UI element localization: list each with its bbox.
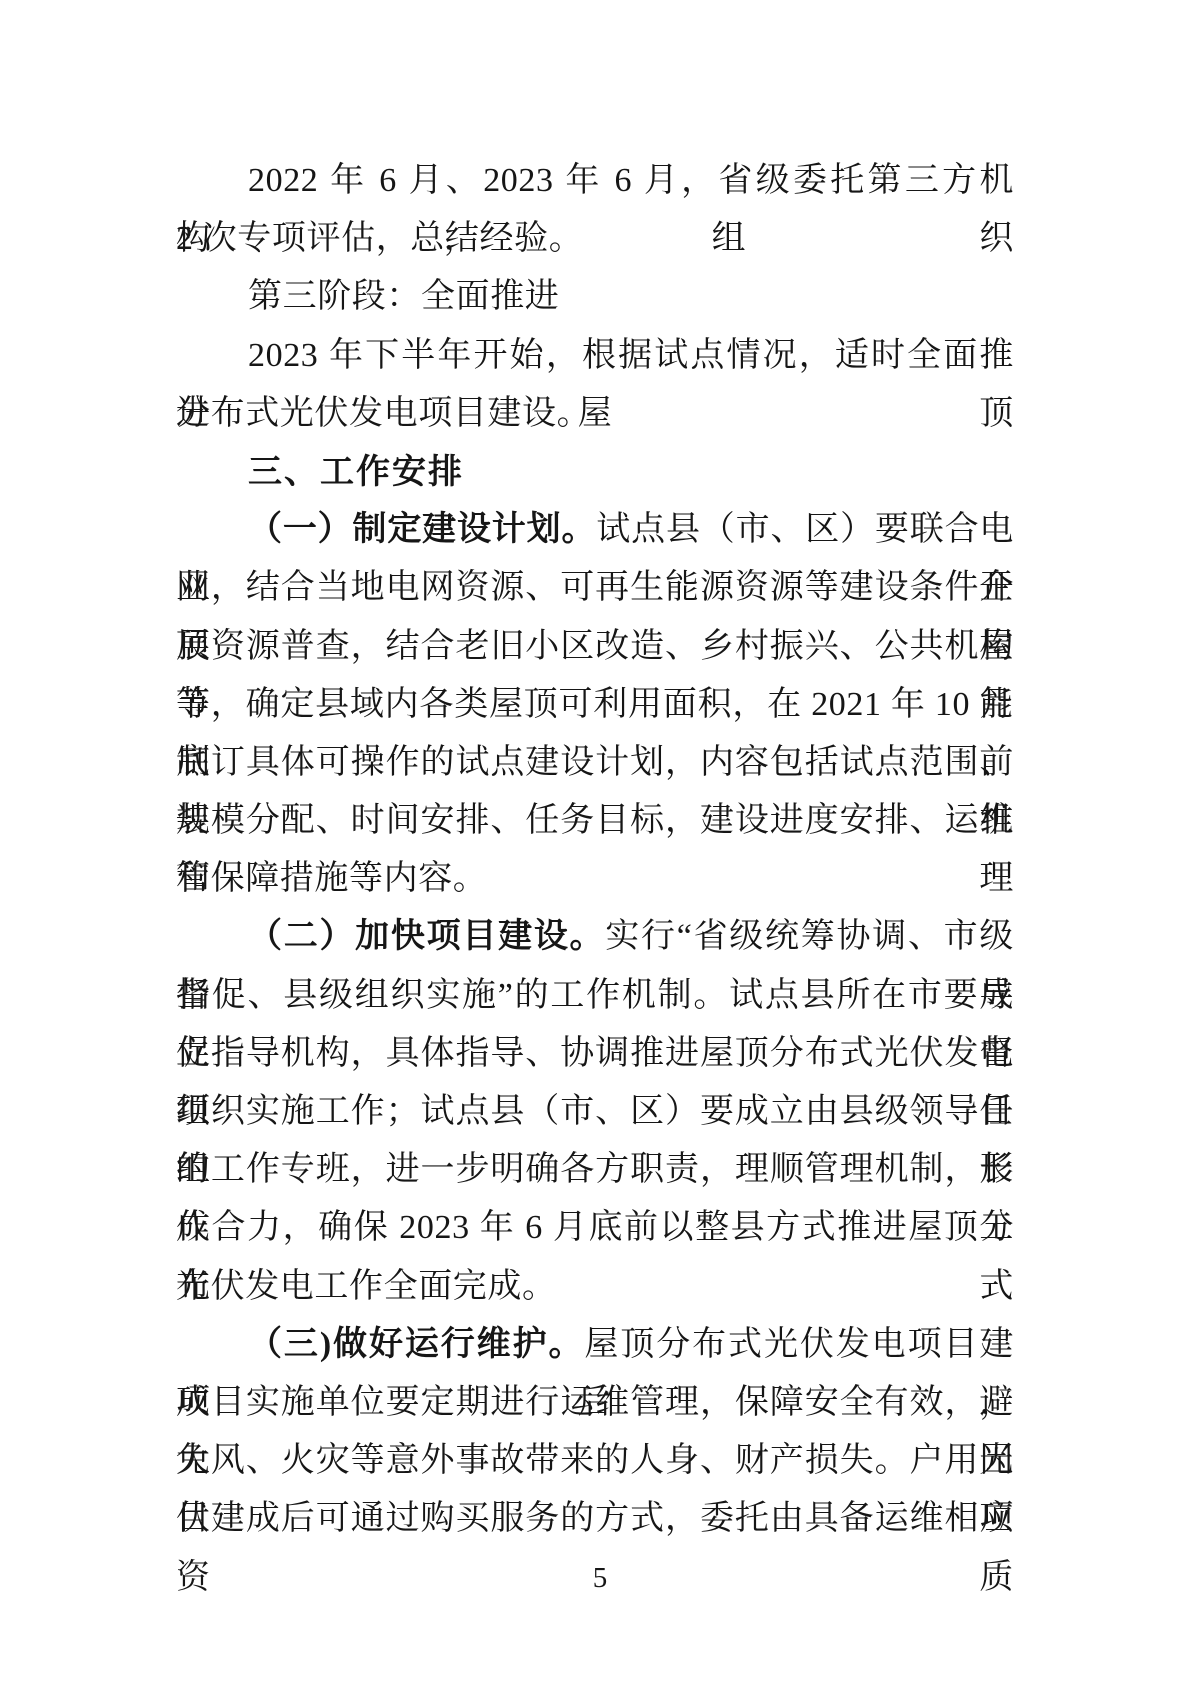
- text-line: 2022 年 6 月、2023 年 6 月，省级委托第三方机构，组织: [176, 152, 1014, 210]
- section-heading: 三、工作安排: [176, 443, 1014, 501]
- text-segment: 第三阶段：全面推进: [248, 278, 559, 315]
- text-line: 组织实施工作；试点县（市、区）要成立由县级领导任组长: [176, 1083, 1014, 1141]
- bold-lead-in: （一）制定建设计划。: [248, 511, 596, 548]
- document-page: 2022 年 6 月、2023 年 6 月，省级委托第三方机构，组织2 次专项评…: [0, 0, 1200, 1697]
- text-line: 等，确定县域内各类屋顶可利用面积，在 2021 年 10 月底前: [176, 676, 1014, 734]
- text-line: 督促、县级组织实施”的工作机制。试点县所在市要成立督: [176, 967, 1014, 1025]
- text-segment: 和保障措施等内容。: [176, 860, 487, 897]
- text-line: 规模分配、时间安排、任务目标，建设进度安排、运维管理: [176, 792, 1014, 850]
- page-number: 5: [0, 1562, 1200, 1595]
- text-line: 第三阶段：全面推进: [176, 268, 1014, 326]
- text-body: 2022 年 6 月、2023 年 6 月，省级委托第三方机构，组织2 次专项评…: [176, 152, 1014, 1549]
- text-segment: 分布式光伏发电项目建设。: [176, 395, 591, 432]
- text-line: 2023 年下半年开始，根据试点情况，适时全面推进屋顶: [176, 327, 1014, 385]
- text-line: 目建成后可通过购买服务的方式，委托由具备运维相应资质: [176, 1490, 1014, 1548]
- bold-lead-in: （三)做好运行维护。: [248, 1326, 584, 1363]
- bold-lead-in: 三、工作安排: [248, 453, 464, 491]
- text-line: 制订具体可操作的试点建设计划，内容包括试点范围、装机: [176, 734, 1014, 792]
- text-line: 业，结合当地电网资源、可再生能源资源等建设条件开展屋: [176, 559, 1014, 617]
- text-line: 顶资源普查，结合老旧小区改造、乡村振兴、公共机构节能: [176, 618, 1014, 676]
- text-segment: 2 次专项评估，总结经验。: [176, 220, 583, 257]
- text-line: 大风、火灾等意外事故带来的人身、财产损失。户用光伏项: [176, 1432, 1014, 1490]
- text-segment: 光伏发电工作全面完成。: [176, 1268, 557, 1305]
- text-line: 的工作专班，进一步明确各方职责，理顺管理机制，形成工: [176, 1141, 1014, 1199]
- bold-lead-in: （二）加快项目建设。: [248, 918, 605, 955]
- text-line: （三)做好运行维护。屋顶分布式光伏发电项目建成后，: [176, 1316, 1014, 1374]
- text-line: （二）加快项目建设。实行“省级统筹协调、市级指导: [176, 908, 1014, 966]
- text-line: （一）制定建设计划。试点县（市、区）要联合电网企: [176, 501, 1014, 559]
- text-line: 作合力，确保 2023 年 6 月底前以整县方式推进屋顶分布式: [176, 1199, 1014, 1257]
- text-line: 促指导机构，具体指导、协调推进屋顶分布式光伏发电项目: [176, 1025, 1014, 1083]
- text-line: 项目实施单位要定期进行运维管理，保障安全有效，避免因: [176, 1374, 1014, 1432]
